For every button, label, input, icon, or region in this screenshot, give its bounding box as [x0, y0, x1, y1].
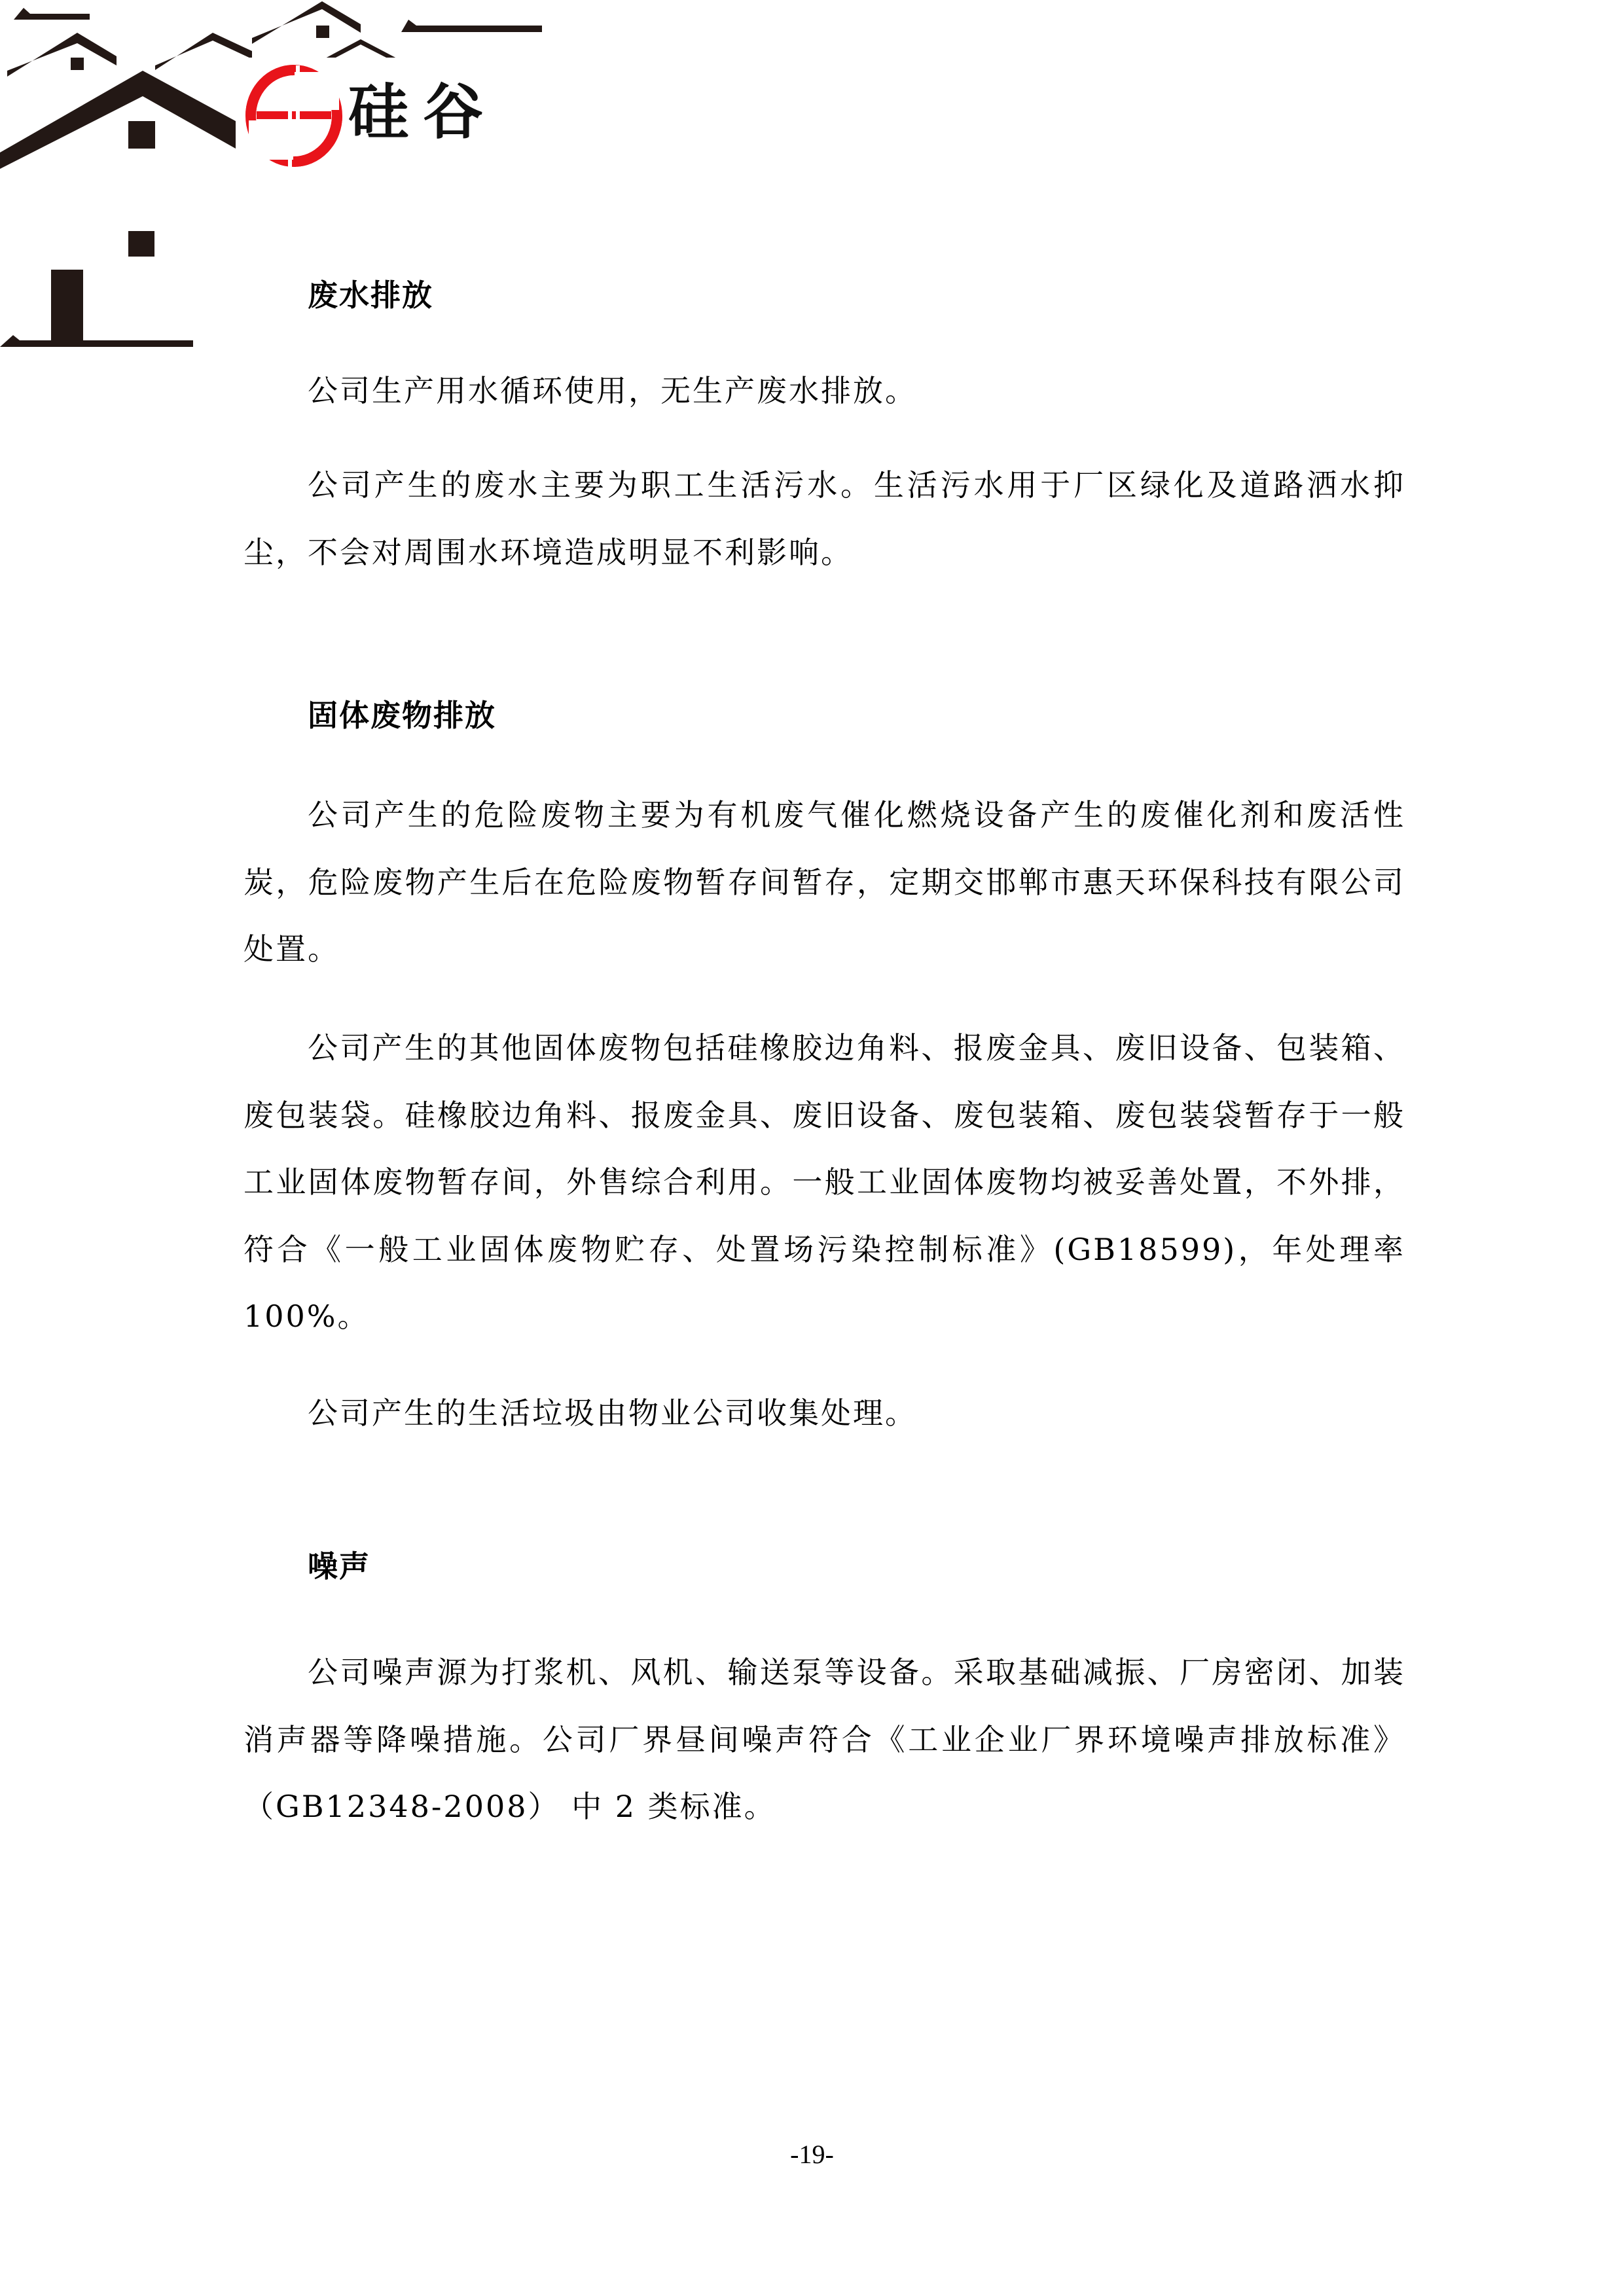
paragraph: 公司产生的生活垃圾由物业公司收集处理。	[244, 1380, 1405, 1447]
paragraph: 公司生产用水循环使用，无生产废水排放。	[244, 357, 1405, 425]
paragraph: 公司产生的其他固体废物包括硅橡胶边角料、报废金具、废旧设备、包装箱、废包装袋。硅…	[244, 1014, 1405, 1350]
house-roofs-icon	[0, 1, 542, 347]
company-logo-text: 硅谷	[348, 82, 497, 143]
section-heading-solid-waste: 固体废物排放	[308, 700, 496, 730]
paragraph: 公司产生的危险废物主要为有机废气催化燃烧设备产生的废催化剂和废活性炭，危险废物产…	[244, 781, 1405, 983]
company-logo-graphic	[0, 0, 550, 353]
section-heading-wastewater: 废水排放	[308, 280, 433, 310]
paragraph: 公司噪声源为打浆机、风机、输送泵等设备。采取基础减振、厂房密闭、加装消声器等降噪…	[244, 1639, 1405, 1840]
paragraph: 公司产生的废水主要为职工生活污水。生活污水用于厂区绿化及道路洒水抑尘，不会对周围…	[244, 452, 1405, 586]
section-heading-noise: 噪声	[308, 1551, 370, 1581]
page-number: -19-	[0, 2139, 1624, 2170]
